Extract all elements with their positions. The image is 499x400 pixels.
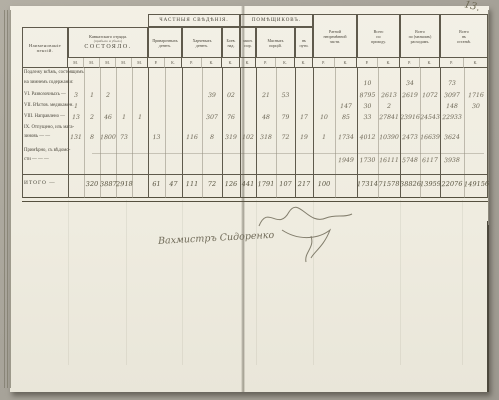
table-cell: 1072 bbox=[420, 92, 440, 100]
header-band-private-info: ЧАСТНЫЯ СВѢДѢНІЯ. bbox=[148, 14, 240, 27]
table-cell: 19 bbox=[295, 134, 313, 141]
table-cell: 72 bbox=[276, 134, 295, 141]
table-cell: 441 bbox=[240, 180, 256, 188]
table-cell: 107 bbox=[276, 180, 295, 188]
group-header-myasn-short: мясн. пор. bbox=[240, 27, 256, 58]
unit-letter: М. bbox=[68, 58, 84, 68]
unit-letter: К. bbox=[276, 58, 295, 68]
table-cell: 320 bbox=[84, 180, 100, 188]
table-cell: 1 bbox=[313, 134, 335, 142]
unit-letter: К. bbox=[420, 58, 440, 68]
table-cell: 102 bbox=[240, 134, 256, 141]
table-cell: 38826 bbox=[400, 180, 420, 189]
row-label: Подлежу всѣмъ, состоящимъ bbox=[24, 70, 67, 75]
unit-letter: К. bbox=[378, 58, 400, 68]
table-cell: 17314 bbox=[357, 180, 378, 189]
unit-letter: Р. bbox=[313, 58, 335, 68]
table-cell: 30 bbox=[464, 103, 488, 111]
table-cell: 4012 bbox=[357, 134, 378, 142]
unit-letter: Р. bbox=[440, 58, 464, 68]
bleed-line bbox=[126, 200, 127, 365]
table-cell: 73 bbox=[116, 134, 132, 141]
group-line: части. bbox=[330, 39, 340, 44]
table-cell: 100 bbox=[313, 180, 335, 189]
table-cell: 85 bbox=[335, 114, 357, 122]
unit-letter: Р. bbox=[182, 58, 202, 68]
table-cell: 6117 bbox=[420, 157, 440, 165]
table-body: Подлежу всѣмъ, состоящимъна зимнемъ соде… bbox=[22, 68, 488, 198]
table-cell: 22933 bbox=[440, 114, 464, 122]
table-cell: 131 bbox=[68, 134, 84, 141]
table-row: VII. Вѣстов. медикамен.114730214830 bbox=[22, 103, 488, 113]
unit-letter: Р. bbox=[256, 58, 276, 68]
stub-header-label: Наименованіе пенсій. bbox=[23, 43, 67, 53]
bottom-double-rule bbox=[22, 201, 488, 202]
group-line: пути. bbox=[299, 43, 308, 48]
row-label: на зимнемъ содержаніи: bbox=[24, 80, 67, 85]
unit-letter: М. bbox=[100, 58, 116, 68]
scanned-ledger-spread: 13. ЧАСТНЫЯ СВѢДѢНІЯ. ПОМѢЩИКОВЪ. Наимен… bbox=[0, 0, 499, 400]
unit-letter: К. bbox=[240, 58, 256, 68]
unit-letter: Р. bbox=[357, 58, 378, 68]
group-line: остаткѣ. bbox=[457, 39, 471, 44]
table-cell: 1800 bbox=[100, 134, 116, 141]
table-row: VI. Развозочныхъ —3123902215387952613261… bbox=[22, 92, 488, 102]
table-cell: 17 bbox=[295, 114, 313, 121]
group-header-total-balance: Всего въ остаткѣ. bbox=[440, 14, 488, 58]
table-cell: 1716 bbox=[464, 92, 488, 100]
group-line: пор. bbox=[244, 43, 251, 48]
table-cell: 53 bbox=[276, 92, 295, 99]
table-cell: 13959 bbox=[420, 180, 440, 189]
table-cell: 2473 bbox=[400, 134, 420, 142]
row-label: VII. Вѣстов. медикамен. bbox=[24, 103, 67, 108]
unit-letter: М. bbox=[84, 58, 100, 68]
table-cell: 71578 bbox=[378, 180, 400, 189]
table-cell: 319 bbox=[222, 134, 240, 141]
table-cell: 48 bbox=[256, 114, 276, 122]
table-cell: 46 bbox=[100, 114, 116, 121]
table-cell: 5748 bbox=[400, 157, 420, 165]
table-cell: 22076 bbox=[440, 180, 464, 189]
table-cell: 1 bbox=[68, 103, 84, 110]
sheet-right-edge-upper bbox=[488, 10, 489, 225]
group-header-total-expense: Всего по (мелкимъ) расходамъ. bbox=[400, 14, 440, 58]
group-header-total-income: Всего по приходу. bbox=[357, 14, 400, 58]
unit-letter: К. bbox=[202, 58, 222, 68]
table-cell: 148 bbox=[440, 103, 464, 111]
group-header-boev: Боев. над. bbox=[222, 27, 240, 58]
table-cell: 2619 bbox=[400, 92, 420, 100]
table-cell: 318 bbox=[256, 134, 276, 142]
unit-letter: К. bbox=[295, 58, 313, 68]
table-cell: 10 bbox=[313, 114, 335, 122]
table-cell: 149156 bbox=[464, 180, 488, 189]
table-cell: 21 bbox=[256, 92, 276, 100]
group-header-ratnoy: Ратной непремѣнной части. bbox=[313, 14, 357, 58]
table-cell: 3938 bbox=[440, 157, 464, 165]
table-cell: 3624 bbox=[440, 134, 464, 142]
table-cell: 8795 bbox=[357, 92, 378, 100]
bleed-line bbox=[462, 200, 463, 365]
page-stack-edges bbox=[4, 10, 13, 388]
table-cell: 2918 bbox=[116, 180, 132, 188]
table-cell: 3 bbox=[68, 92, 84, 99]
unit-letter: Р. bbox=[400, 58, 420, 68]
table-cell: 8 bbox=[84, 134, 100, 141]
bleed-line bbox=[400, 200, 401, 365]
table-cell: 147 bbox=[335, 103, 357, 111]
table-cell: 1734 bbox=[335, 134, 357, 142]
row-label: сти — — — bbox=[24, 157, 67, 162]
group-header-kharchev: Харчевыхъ денегъ. bbox=[182, 27, 222, 58]
table-cell: 1791 bbox=[256, 180, 276, 189]
unit-letter: М. bbox=[132, 58, 148, 68]
group-line: денегъ. bbox=[159, 43, 171, 48]
table-cell: 30 bbox=[357, 103, 378, 111]
table-cell: 217 bbox=[295, 180, 313, 188]
table-row: зиновъ — —131818007313116831910231872191… bbox=[22, 134, 488, 144]
table-cell: 72 bbox=[202, 180, 222, 189]
header-band-pomeshch: ПОМѢЩИКОВЪ. bbox=[240, 14, 313, 27]
band-label: ПОМѢЩИКОВЪ. bbox=[252, 18, 301, 24]
table-cell: 33 bbox=[357, 114, 378, 122]
row-label: Примѣрно, съ вѣдомо- bbox=[24, 148, 67, 153]
group-line: над. bbox=[228, 43, 235, 48]
table-row: на зимнемъ содержаніи:103473 bbox=[22, 80, 488, 90]
unit-letter: К. bbox=[335, 58, 357, 68]
table-cell: 13 bbox=[148, 134, 165, 141]
table-cell: 116 bbox=[182, 134, 202, 142]
signature-flourish bbox=[256, 196, 356, 264]
table-cell: 1730 bbox=[357, 157, 378, 165]
row-label: IX. Отпущено, изъ мага- bbox=[24, 125, 67, 130]
table-cell: 27841 bbox=[378, 114, 400, 122]
table-cell: 2 bbox=[100, 92, 116, 99]
table-cell: 10390 bbox=[378, 134, 400, 142]
table-cell: 24543 bbox=[420, 114, 440, 122]
table-cell: 34 bbox=[400, 80, 420, 88]
table-row: VIII. Направлено —1324611307764879171085… bbox=[22, 114, 488, 124]
table-cell: 1 bbox=[132, 114, 148, 121]
band-label: ЧАСТНЫЯ СВѢДѢНІЯ. bbox=[159, 18, 228, 24]
group-line: денегъ. bbox=[196, 43, 208, 48]
table-cell: 2 bbox=[378, 103, 400, 111]
table-cell: 1949 bbox=[335, 157, 357, 165]
table-cell: 2613 bbox=[378, 92, 400, 100]
unit-letter: М. bbox=[116, 58, 132, 68]
unit-letter: К. bbox=[165, 58, 182, 68]
ledger-table: ЧАСТНЫЯ СВѢДѢНІЯ. ПОМѢЩИКОВЪ. Наименован… bbox=[22, 14, 488, 204]
table-cell: 79 bbox=[276, 114, 295, 121]
table-cell: 76 bbox=[222, 114, 240, 121]
group-line: порцій. bbox=[269, 43, 282, 48]
group-line: СОСТОЯЛО. bbox=[84, 44, 131, 51]
table-cell: 47 bbox=[165, 180, 182, 188]
table-cell: 02 bbox=[222, 92, 240, 99]
table-cell: 39 bbox=[202, 92, 222, 100]
row-label: VI. Развозочныхъ — bbox=[24, 92, 67, 97]
table-cell: 23916 bbox=[400, 114, 420, 122]
row-label: ИТОГО — bbox=[24, 180, 67, 186]
table-cell: 1 bbox=[116, 114, 132, 121]
bleed-line bbox=[182, 200, 183, 365]
group-header-myasn-portions: Мясныхъ порцій. bbox=[256, 27, 295, 58]
bleed-line bbox=[68, 200, 69, 365]
table-cell: 16111 bbox=[378, 157, 400, 165]
unit-letter: К. bbox=[222, 58, 240, 68]
table-cell: 13 bbox=[68, 114, 84, 121]
table-cell: 61 bbox=[148, 180, 165, 188]
row-label: зиновъ — — bbox=[24, 134, 67, 139]
table-cell: 2 bbox=[84, 114, 100, 121]
group-header-privaroch: Приварочныхъ денегъ. bbox=[148, 27, 182, 58]
group-line: расходамъ. bbox=[411, 39, 430, 44]
unit-letter: Р. bbox=[148, 58, 165, 68]
group-header-sostoyalo: Кавказскаго отряда. (прибыло и убыло) СО… bbox=[68, 27, 148, 58]
table-cell: 16639 bbox=[420, 134, 440, 142]
group-header-in-transit: въ пути. bbox=[295, 27, 313, 58]
unit-letter-row: М.М.М.М.М.Р.К.Р.К.К.К.Р.К.К.Р.К.Р.К.Р.К.… bbox=[22, 58, 488, 68]
sheet-right-edge bbox=[487, 221, 489, 392]
table-cell: 111 bbox=[182, 180, 202, 189]
table-row: ИТОГО —320388729186147111721264411791107… bbox=[22, 180, 488, 190]
row-label: VIII. Направлено — bbox=[24, 114, 67, 119]
table-row: сти — — —1949173016111574861173938 bbox=[22, 157, 488, 167]
table-cell: 1 bbox=[84, 92, 100, 99]
table-cell: 307 bbox=[202, 114, 222, 122]
table-row: Подлежу всѣмъ, состоящимъ bbox=[22, 70, 488, 80]
table-cell: 3097 bbox=[440, 92, 464, 100]
group-line: приходу. bbox=[371, 39, 386, 44]
unit-letter: К. bbox=[464, 58, 488, 68]
table-cell: 3887 bbox=[100, 180, 116, 188]
table-cell: 10 bbox=[357, 80, 378, 88]
totals-separator-rule bbox=[22, 174, 488, 175]
table-cell: 126 bbox=[222, 180, 240, 188]
table-cell: 8 bbox=[202, 134, 222, 142]
table-cell: 73 bbox=[440, 80, 464, 88]
